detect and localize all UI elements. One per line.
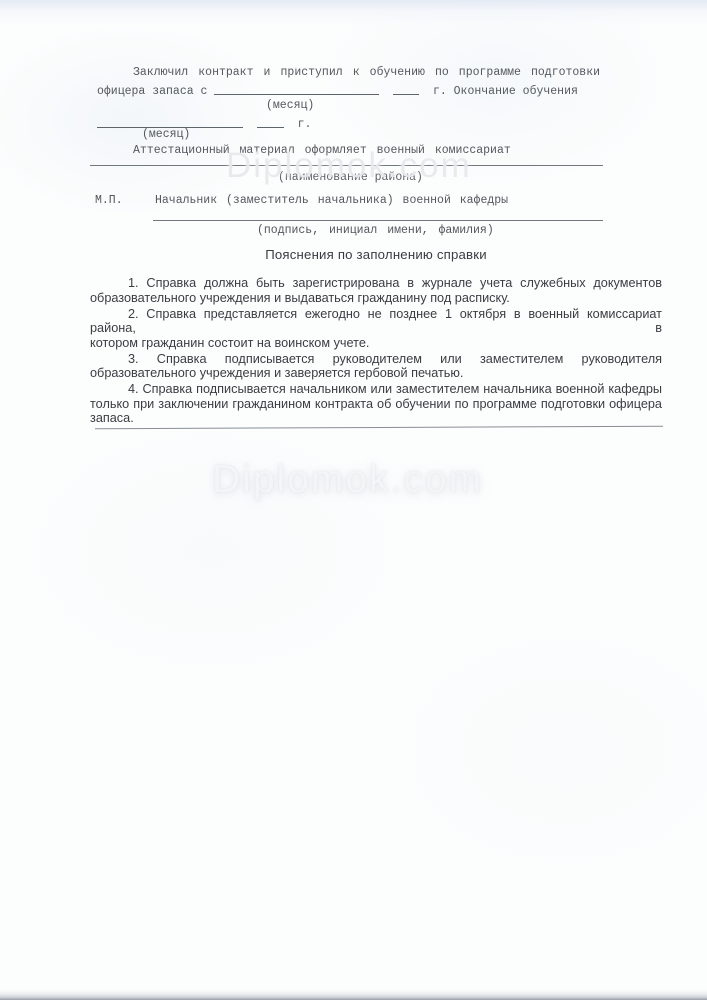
signature-caption: (подпись, инициал имени, фамилия) (257, 224, 494, 238)
month-caption-end: (месяц) (142, 128, 190, 142)
note-item-3: 3. Справка подписывается руководителем и… (90, 352, 662, 381)
notes-heading: Пояснения по заполнению справки (90, 247, 662, 262)
year-abbrev: г. (298, 118, 312, 131)
district-signature-rule (90, 165, 603, 166)
note-line: образовательного учреждения и заверяется… (90, 366, 662, 381)
stamp-abbrev: М.П. (95, 194, 123, 208)
note-line: 4. Справка подписывается начальником или… (90, 382, 662, 397)
note-line: запаса. (90, 411, 662, 426)
month-caption-start: (месяц) (266, 99, 314, 113)
contract-line-2-prefix: офицера запаса с (97, 85, 207, 98)
document-page: Заключил контракт и приступил к обучению… (0, 0, 707, 1000)
contract-line-1: Заключил контракт и приступил к обучению… (133, 66, 600, 80)
attestation-line: Аттестационный материал оформляет военны… (133, 144, 511, 158)
contract-line-4: г. (97, 116, 311, 132)
note-line: котором гражданин состоит на воинском уч… (90, 336, 662, 351)
note-line: образовательного учреждения и выдаваться… (90, 291, 662, 306)
chief-signature-rule (153, 220, 603, 221)
note-line: 1. Справка должна быть зарегистрирована … (90, 276, 662, 291)
blank-year-end (257, 116, 284, 128)
contract-line-2: офицера запаса с г. Окончание обучения (97, 83, 599, 99)
note-item-1: 1. Справка должна быть зарегистрирована … (90, 276, 662, 305)
contract-line-2-suffix: г. Окончание обучения (433, 85, 578, 98)
chief-title: Начальник (заместитель начальника) военн… (155, 194, 508, 208)
note-line: 2. Справка представляется ежегодно не по… (90, 307, 662, 336)
note-line: только при заключении гражданином контра… (90, 397, 662, 412)
blank-month-end (97, 116, 243, 128)
notes-block: 1. Справка должна быть зарегистрирована … (90, 276, 662, 427)
note-item-4: 4. Справка подписывается начальником или… (90, 382, 662, 426)
blank-year-start (393, 83, 419, 95)
blank-month-start (214, 83, 379, 95)
district-caption: (наименование района) (278, 171, 423, 185)
note-line: 3. Справка подписывается руководителем и… (90, 352, 662, 367)
note-item-2: 2. Справка представляется ежегодно не по… (90, 307, 662, 351)
watermark: Diplomok.com (212, 458, 483, 502)
